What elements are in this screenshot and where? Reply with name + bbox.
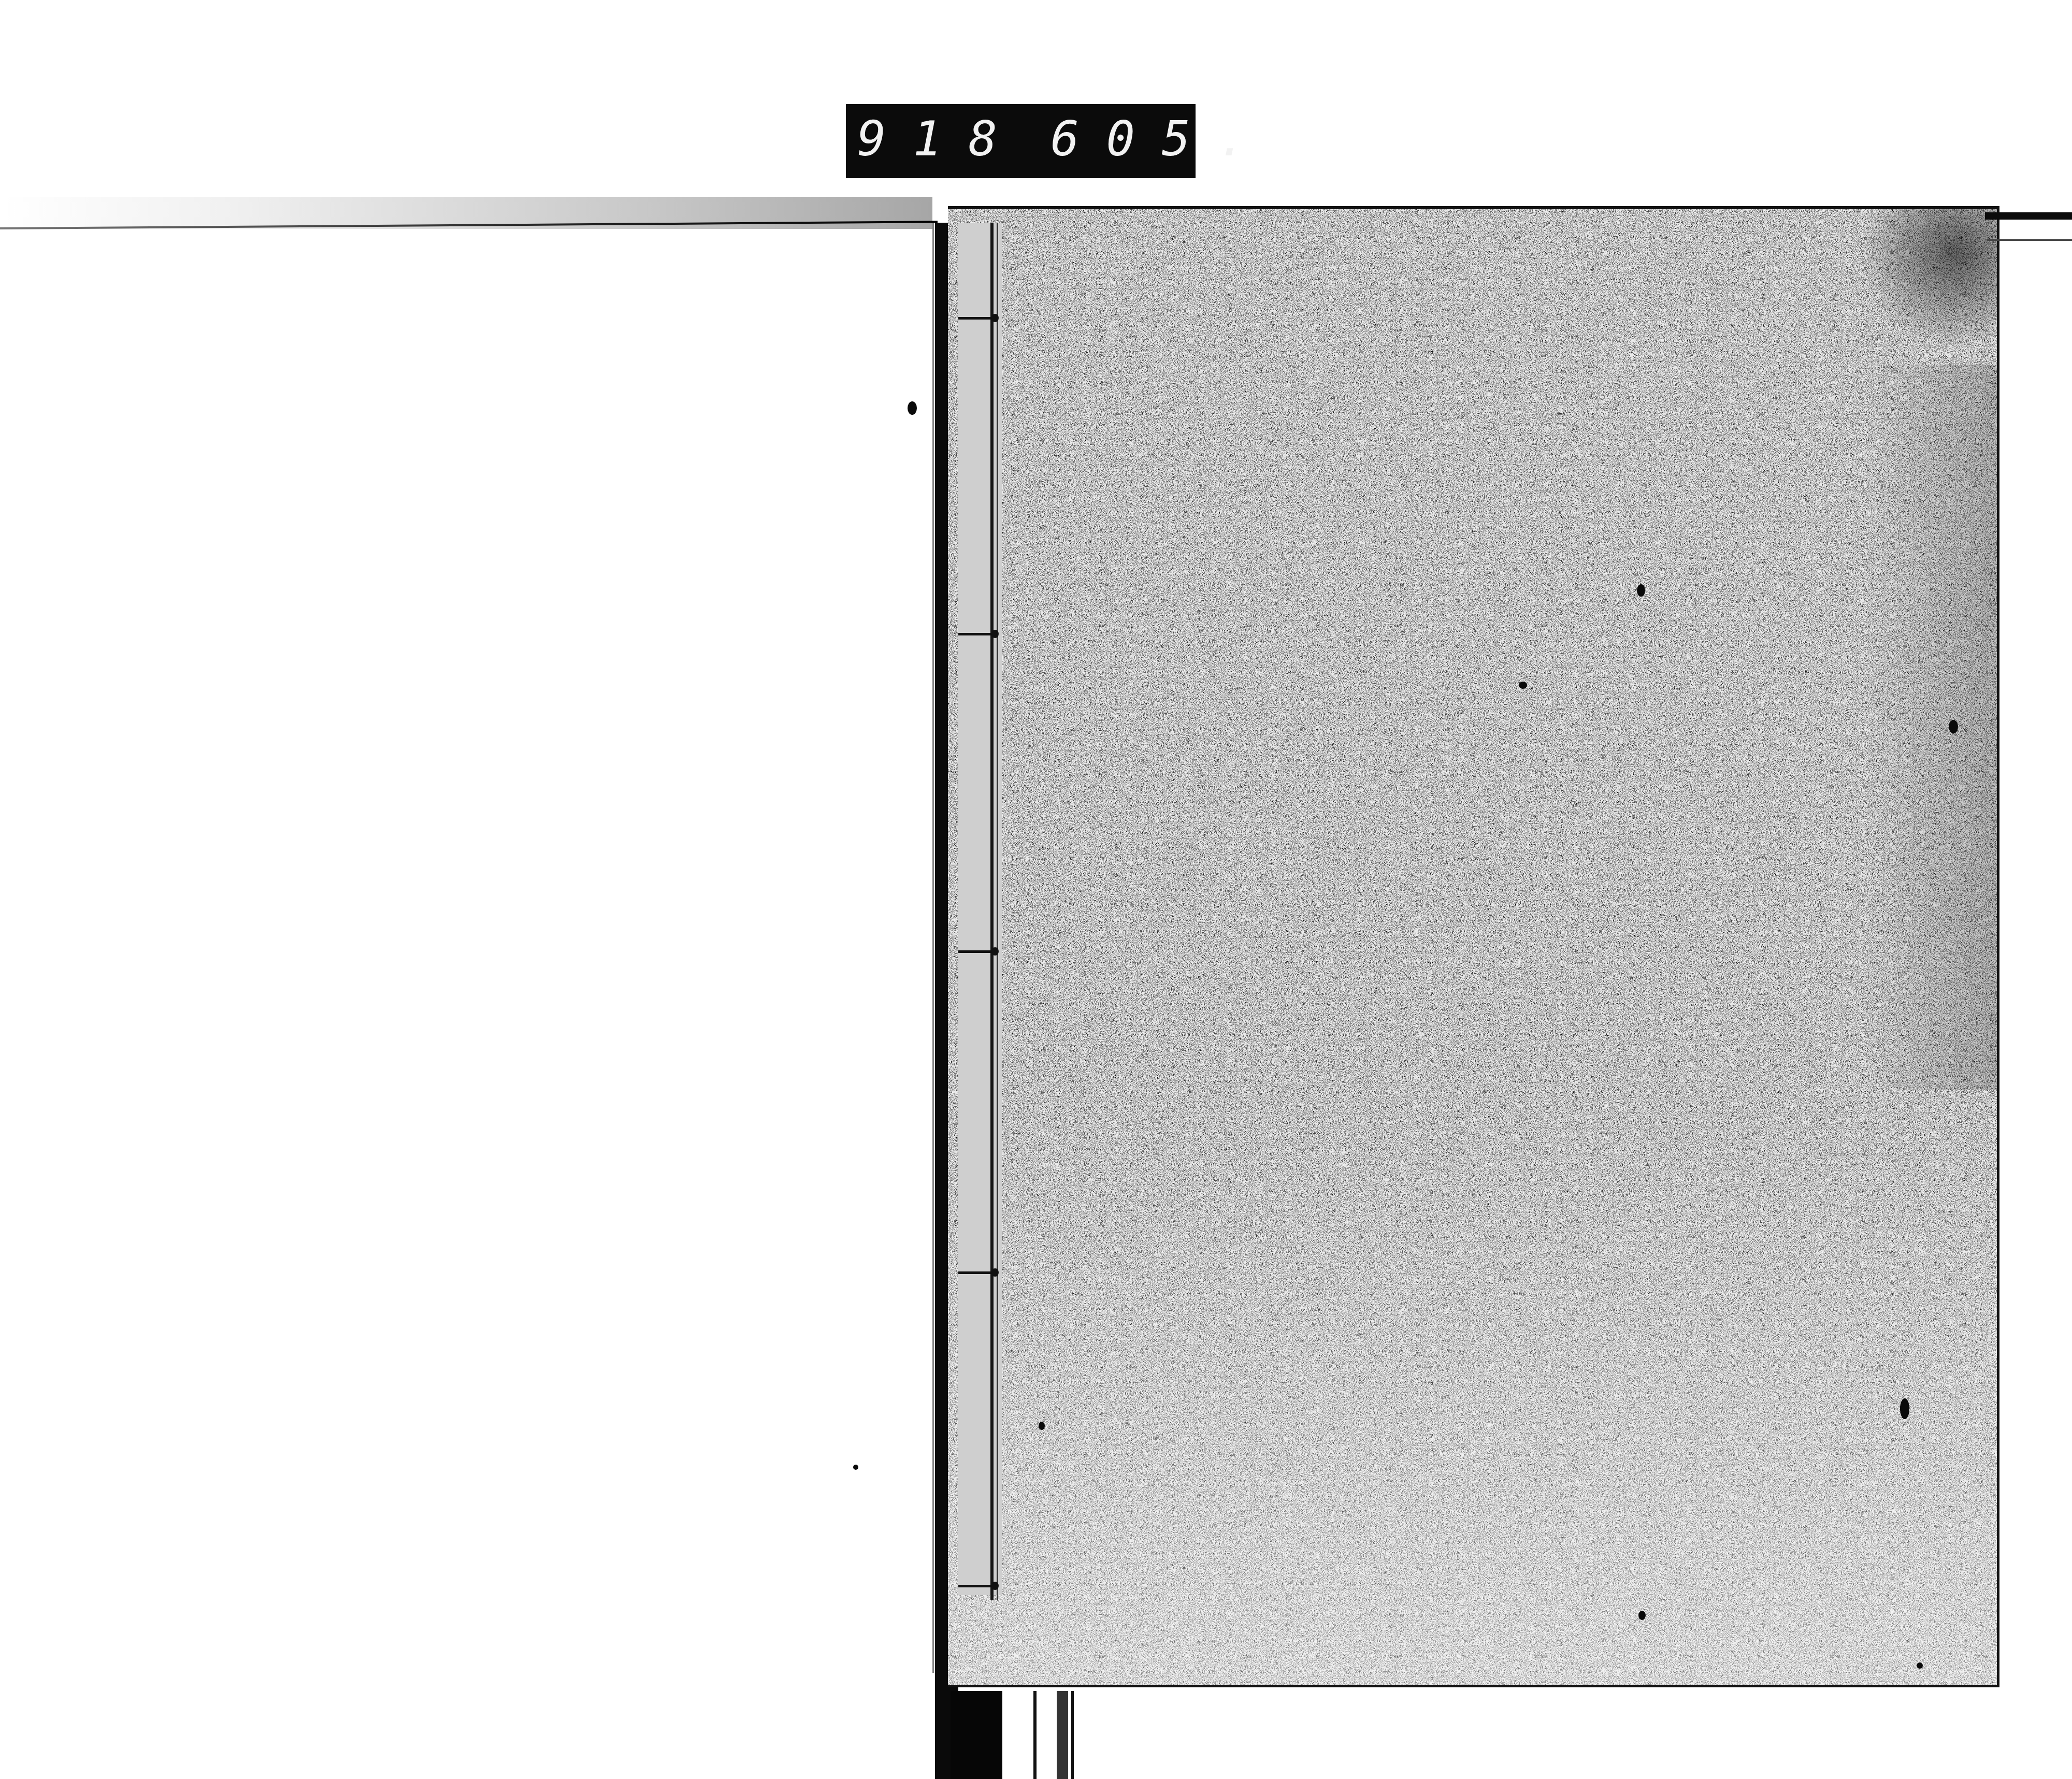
binding-thread-line bbox=[990, 223, 994, 1600]
reel-number-group-1: 918 bbox=[857, 115, 1024, 163]
page-block-edge bbox=[917, 223, 934, 1673]
film-edge-right bbox=[1985, 212, 2072, 220]
film-holder-edge bbox=[1071, 1691, 1074, 1779]
ink-blot bbox=[1917, 1662, 1923, 1669]
ink-blot bbox=[1039, 1422, 1045, 1430]
reel-number-label: 918 605. bbox=[846, 104, 1196, 178]
fade-bottom bbox=[948, 1115, 1997, 1685]
ink-blot bbox=[1637, 584, 1645, 597]
ink-blot bbox=[1900, 1398, 1909, 1419]
binding-stitch bbox=[958, 1271, 995, 1274]
film-holder-edge bbox=[1033, 1691, 1037, 1779]
microfilm-frame: 918 605. bbox=[0, 0, 2072, 1779]
stain-top-right bbox=[1862, 209, 1997, 354]
ink-blot bbox=[1949, 720, 1958, 733]
ink-blot bbox=[853, 1465, 858, 1470]
binding-stitch bbox=[958, 633, 995, 635]
reel-number-group-2: 605. bbox=[1051, 115, 1273, 163]
binding-stitch bbox=[958, 317, 995, 320]
film-holder-shadow bbox=[951, 1691, 1002, 1779]
book-cover bbox=[948, 206, 1999, 1687]
film-edge-right-thin bbox=[1987, 239, 2072, 241]
binding-stitch bbox=[958, 1585, 995, 1587]
binding-margin bbox=[958, 223, 1002, 1595]
film-holder-edge bbox=[1057, 1691, 1068, 1779]
binding-crease bbox=[997, 223, 998, 1600]
binding-stitch bbox=[958, 950, 995, 953]
ink-blot bbox=[908, 401, 917, 415]
ink-blot bbox=[1638, 1611, 1646, 1620]
shadow-right bbox=[1862, 365, 1997, 1090]
ink-blot bbox=[1519, 682, 1527, 689]
